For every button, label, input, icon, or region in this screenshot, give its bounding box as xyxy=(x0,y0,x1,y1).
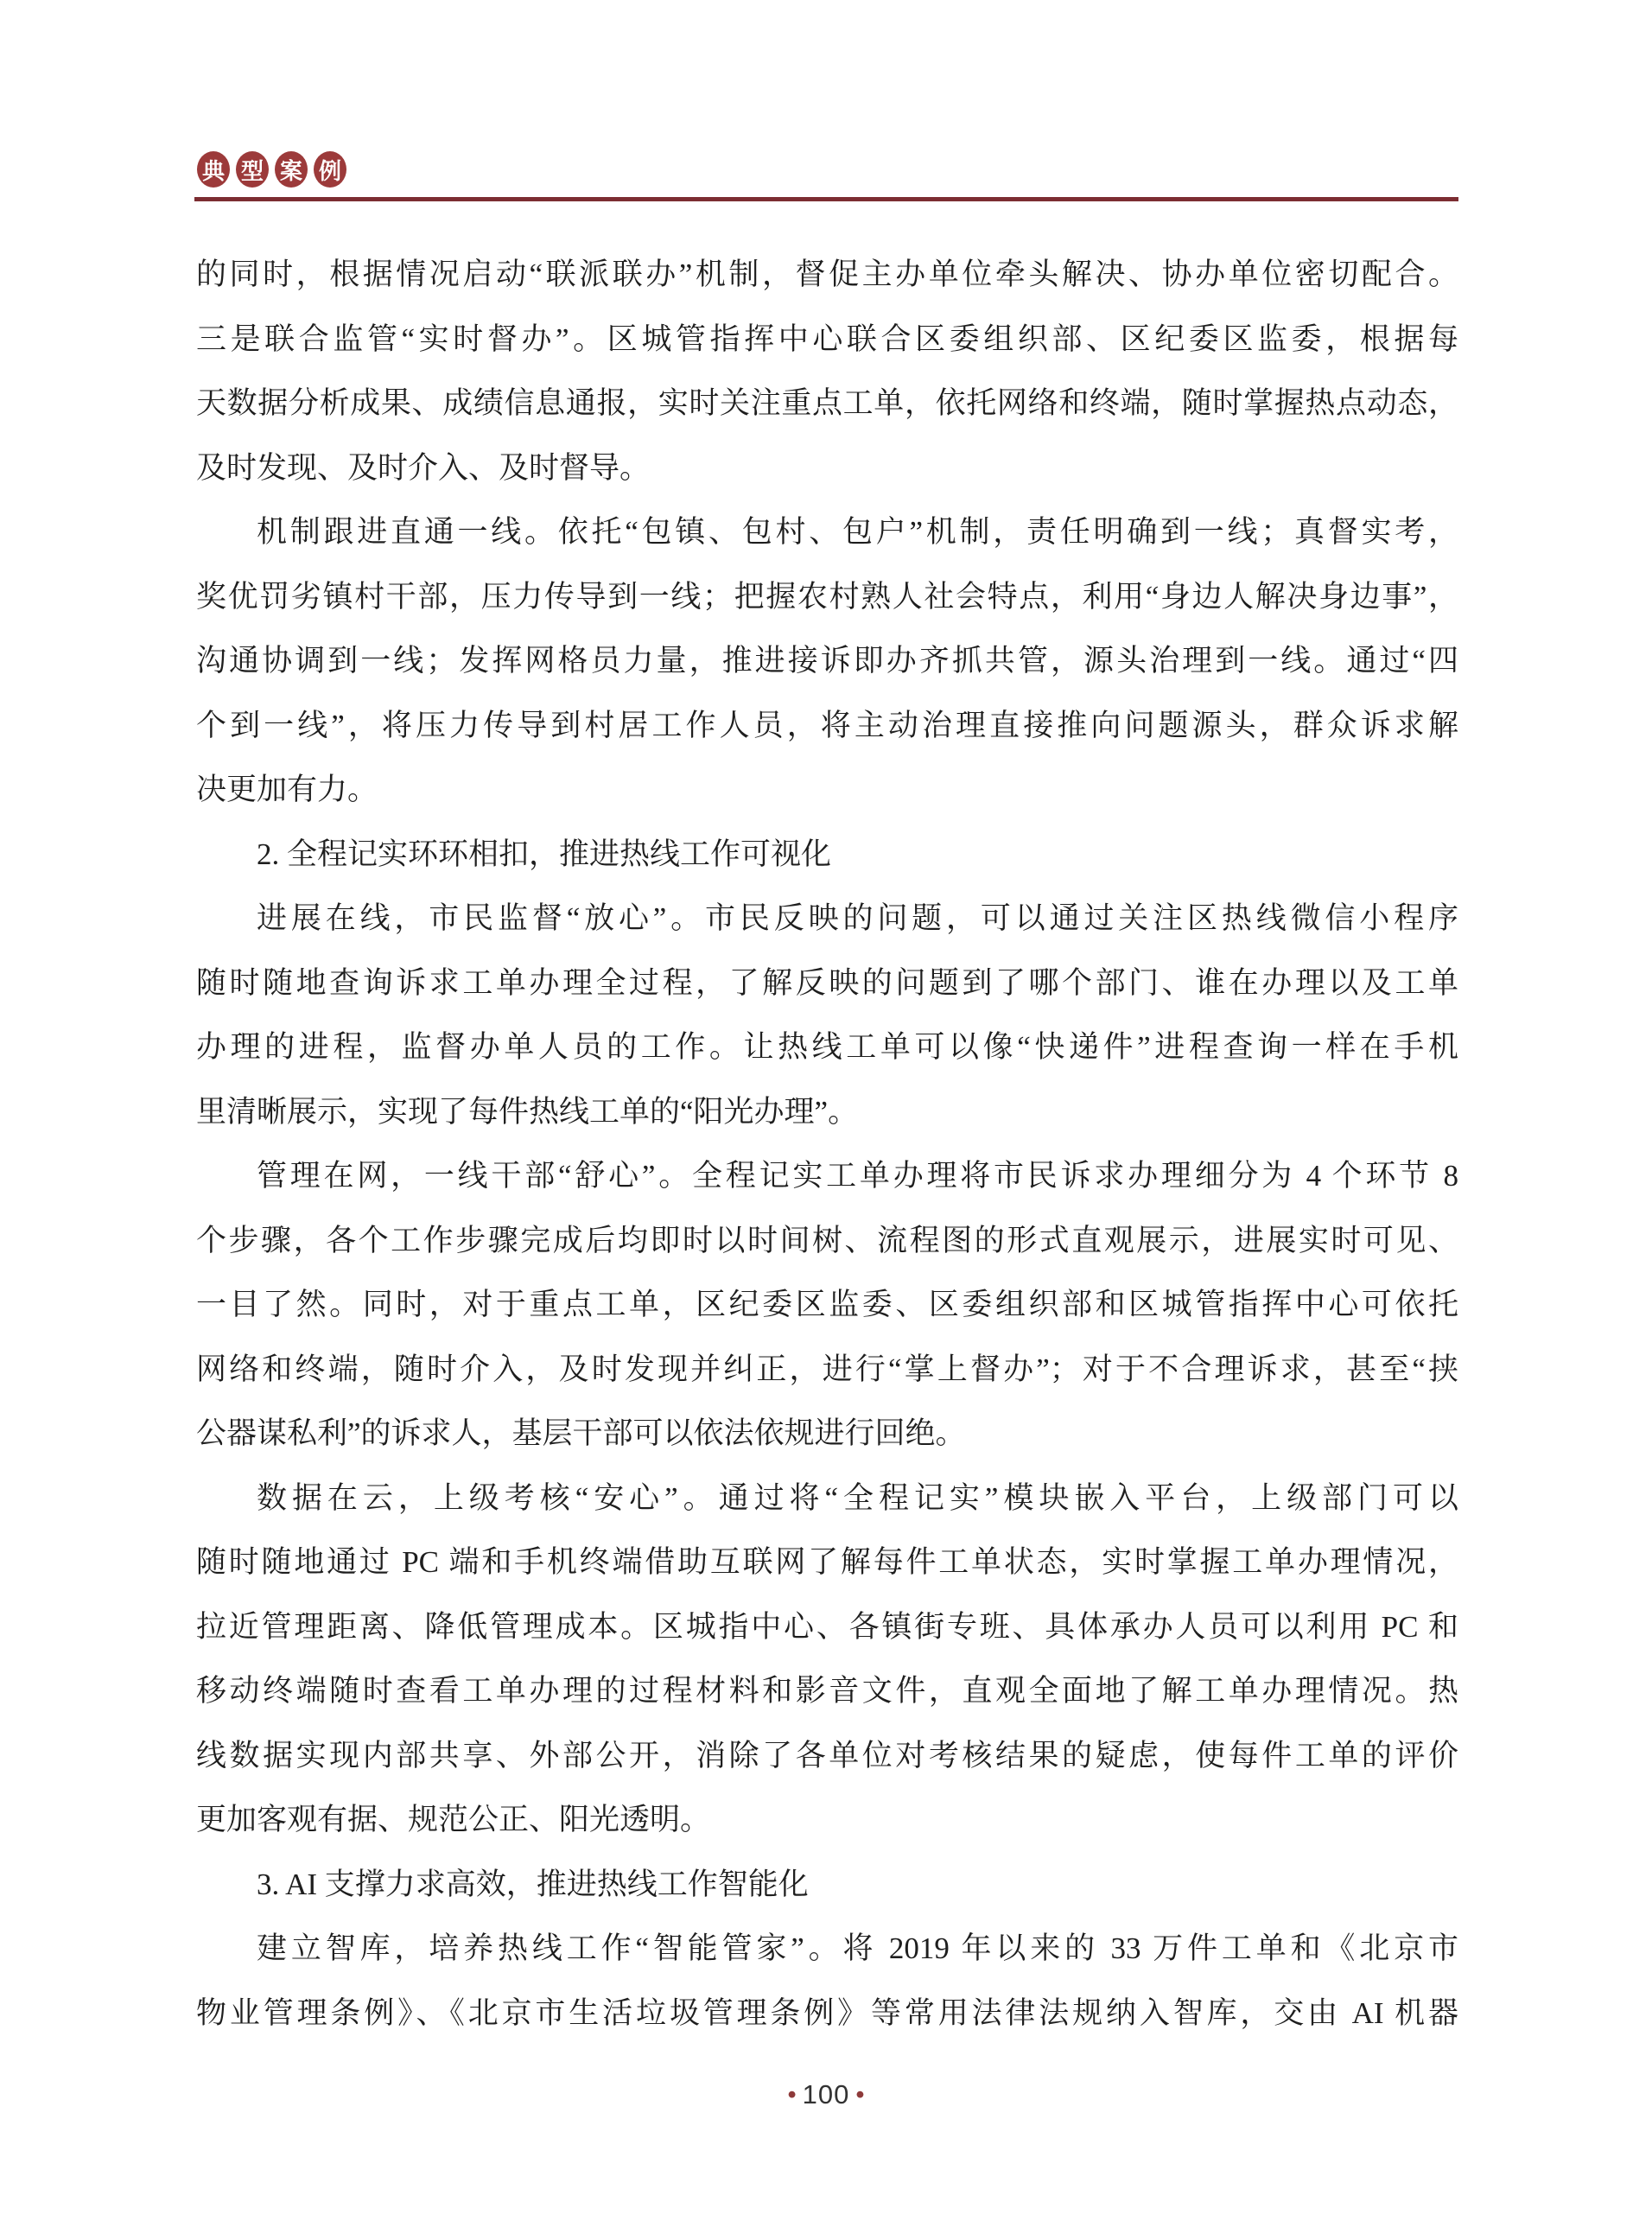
section-header-badges: 典 型 案 例 xyxy=(197,151,346,188)
text-line: 决更加有力。 xyxy=(196,758,1458,823)
text-line: 拉近管理距离、降低管理成本。区城指中心、各镇街专班、具体承办人员可以利用 PC … xyxy=(196,1595,1458,1660)
text-line: 一目了然。同时，对于重点工单，区纪委区监委、区委组织部和区城管指挥中心可依托 xyxy=(196,1273,1458,1338)
text-line: 公器谋私利”的诉求人，基层干部可以依法依规进行回绝。 xyxy=(196,1402,1458,1467)
header-rule xyxy=(194,197,1458,201)
header-badge-1: 典 xyxy=(197,151,230,188)
text-line: 办理的进程，监督办单人员的工作。让热线工单可以像“快递件”进程查询一样在手机 xyxy=(196,1015,1458,1080)
text-line: 网络和终端，随时介入，及时发现并纠正，进行“掌上督办”；对于不合理诉求，甚至“挟 xyxy=(196,1338,1458,1403)
text-line: 进展在线，市民监督“放心”。市民反映的问题，可以通过关注区热线微信小程序 xyxy=(196,887,1458,951)
footer-dot-right: • xyxy=(855,2081,864,2109)
page-footer: •100• xyxy=(0,2078,1652,2112)
body-text: 的同时，根据情况启动“联派联办”机制，督促主办单位牵头解决、协办单位密切配合。三… xyxy=(196,243,1458,2046)
document-page: 典 型 案 例 的同时，根据情况启动“联派联办”机制，督促主办单位牵头解决、协办… xyxy=(0,0,1652,2240)
text-line: 随时随地通过 PC 端和手机终端借助互联网了解每件工单状态，实时掌握工单办理情况… xyxy=(196,1530,1458,1595)
text-line: 奖优罚劣镇村干部，压力传导到一线；把握农村熟人社会特点，利用“身边人解决身边事”… xyxy=(196,565,1458,630)
text-line: 里清晰展示，实现了每件热线工单的“阳光办理”。 xyxy=(196,1080,1458,1145)
text-line: 物业管理条例》、《北京市生活垃圾管理条例》等常用法律法规纳入智库，交由 AI 机… xyxy=(196,1982,1458,2046)
footer-dot-left: • xyxy=(787,2081,796,2109)
text-line: 机制跟进直通一线。依托“包镇、包村、包户”机制，责任明确到一线；真督实考， xyxy=(196,500,1458,565)
text-line: 的同时，根据情况启动“联派联办”机制，督促主办单位牵头解决、协办单位密切配合。 xyxy=(196,243,1458,308)
text-line: 随时随地查询诉求工单办理全过程，了解反映的问题到了哪个部门、谁在办理以及工单 xyxy=(196,951,1458,1016)
text-line: 3. AI 支撑力求高效，推进热线工作智能化 xyxy=(196,1853,1458,1918)
text-line: 个到一线”，将压力传导到村居工作人员，将主动治理直接推向问题源头，群众诉求解 xyxy=(196,694,1458,759)
text-line: 管理在网，一线干部“舒心”。全程记实工单办理将市民诉求办理细分为 4 个环节 8 xyxy=(196,1144,1458,1209)
text-line: 三是联合监管“实时督办”。区城管指挥中心联合区委组织部、区纪委区监委，根据每 xyxy=(196,308,1458,372)
text-line: 及时发现、及时介入、及时督导。 xyxy=(196,436,1458,501)
page-number: 100 xyxy=(803,2079,850,2110)
text-line: 移动终端随时查看工单办理的过程材料和影音文件，直观全面地了解工单办理情况。热 xyxy=(196,1659,1458,1724)
text-line: 天数据分析成果、成绩信息通报，实时关注重点工单，依托网络和终端，随时掌握热点动态… xyxy=(196,372,1458,436)
header-badge-2: 型 xyxy=(236,151,269,188)
text-line: 2. 全程记实环环相扣，推进热线工作可视化 xyxy=(196,823,1458,888)
text-line: 更加客观有据、规范公正、阳光透明。 xyxy=(196,1788,1458,1853)
header-badge-4: 例 xyxy=(314,151,346,188)
text-line: 个步骤，各个工作步骤完成后均即时以时间树、流程图的形式直观展示，进展实时可见、 xyxy=(196,1209,1458,1274)
text-line: 线数据实现内部共享、外部公开，消除了各单位对考核结果的疑虑，使每件工单的评价 xyxy=(196,1724,1458,1789)
text-line: 建立智库，培养热线工作“智能管家”。将 2019 年以来的 33 万件工单和《北… xyxy=(196,1917,1458,1982)
text-line: 数据在云，上级考核“安心”。通过将“全程记实”模块嵌入平台，上级部门可以 xyxy=(196,1467,1458,1531)
header-badge-3: 案 xyxy=(275,151,308,188)
text-line: 沟通协调到一线；发挥网格员力量，推进接诉即办齐抓共管，源头治理到一线。通过“四 xyxy=(196,629,1458,694)
